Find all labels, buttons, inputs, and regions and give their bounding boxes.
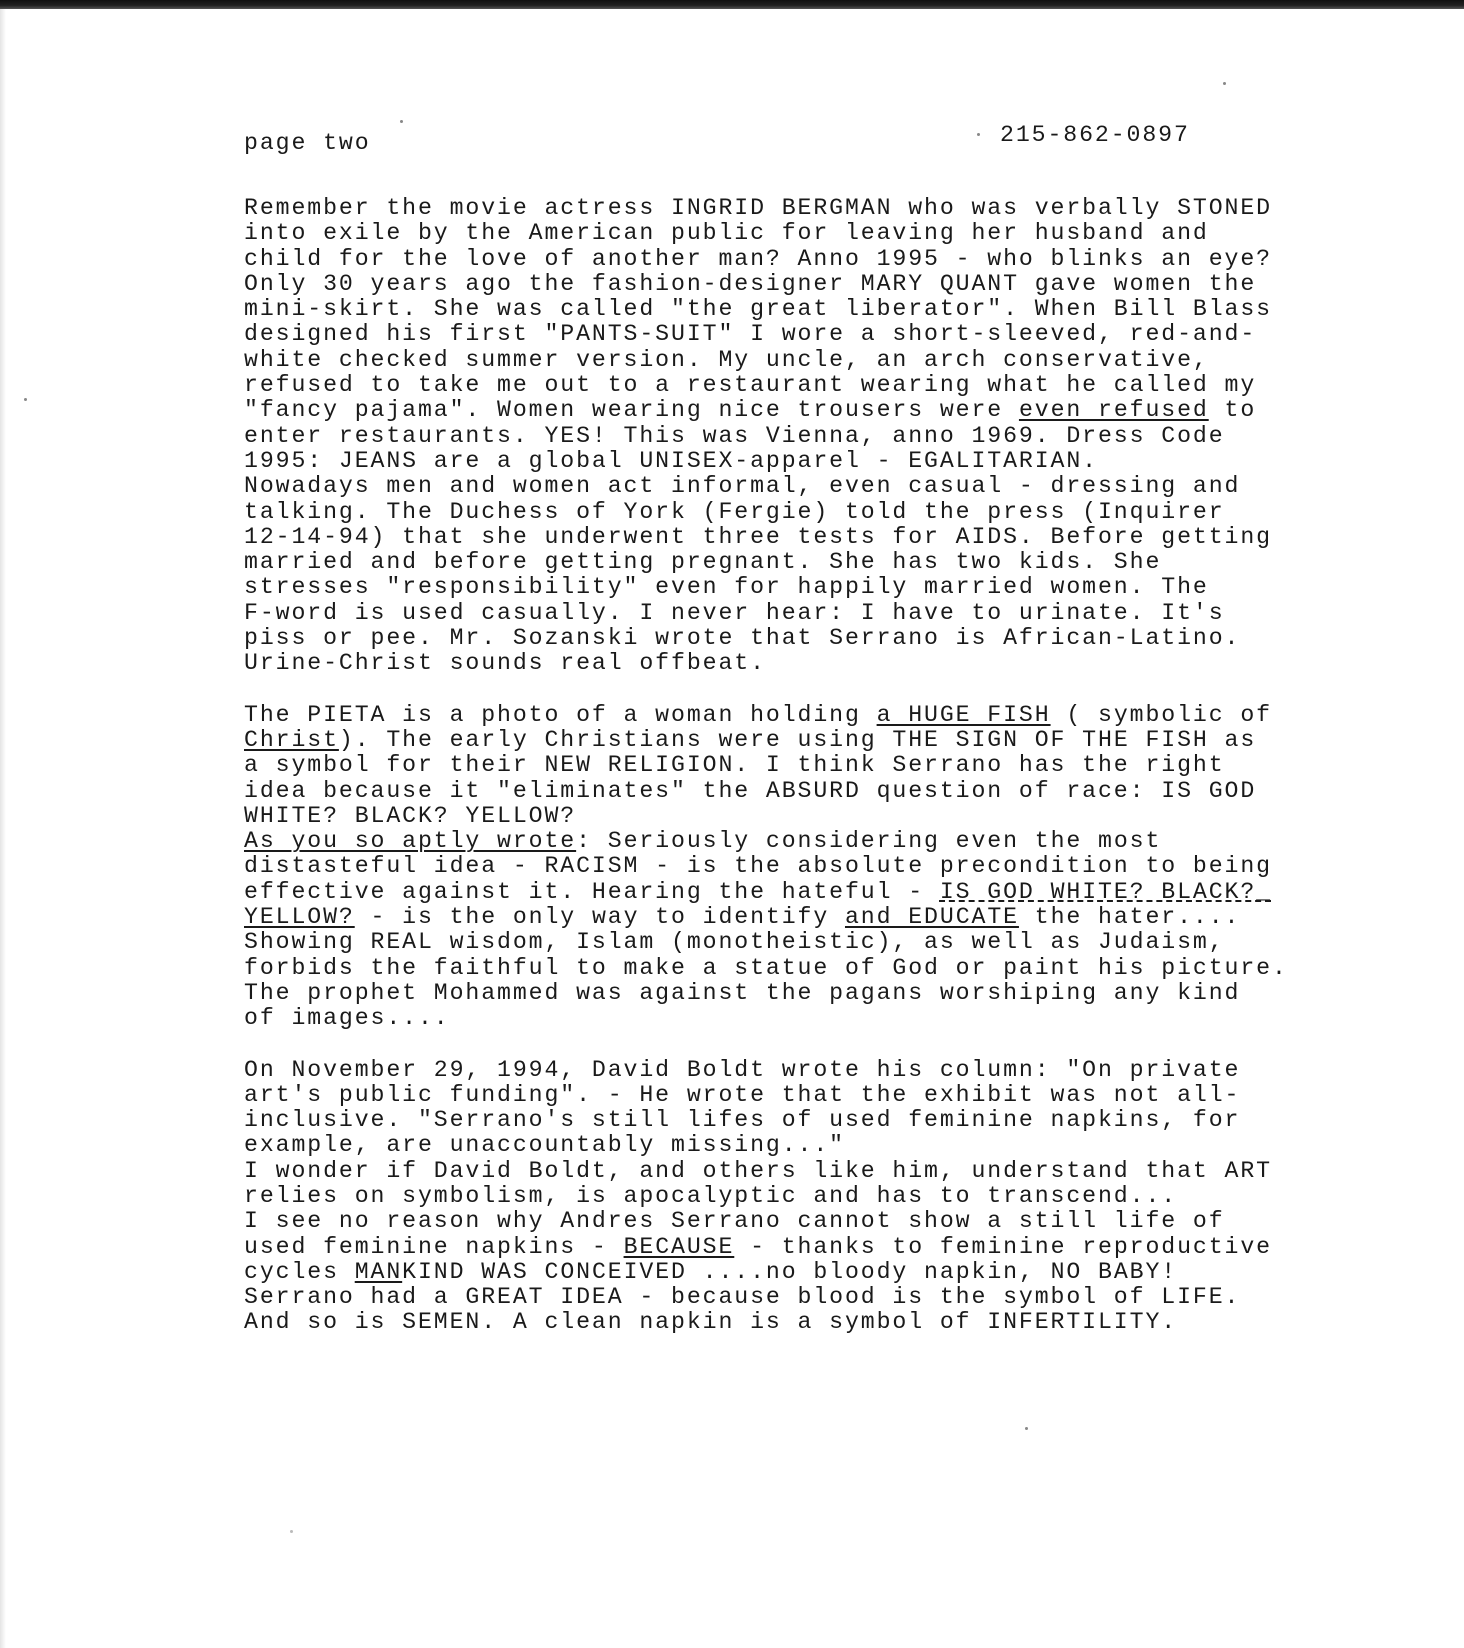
text-segment: 1995: JEANS are a global UNISEX-apparel …: [244, 448, 1098, 474]
text-segment: inclusive. "Serrano's still lifes of use…: [244, 1107, 1240, 1133]
letter-page: page two 215-862-0897 Remember the movie…: [0, 0, 1464, 1648]
scan-speck: [977, 133, 980, 136]
text-line: "fancy pajama". Women wearing nice trous…: [244, 398, 1404, 423]
scan-speck: [1025, 1427, 1028, 1430]
text-line: married and before getting pregnant. She…: [244, 550, 1404, 575]
text-line: F-word is used casually. I never hear: I…: [244, 601, 1404, 626]
text-segment: 12-14-94) that she underwent three tests…: [244, 524, 1272, 550]
page-label: page two: [244, 130, 371, 156]
text-segment: "fancy pajama". Women wearing nice trous…: [244, 397, 1019, 423]
text-line: a symbol for their NEW RELIGION. I think…: [244, 753, 1404, 778]
text-line: relies on symbolism, is apocalyptic and …: [244, 1184, 1404, 1209]
text-segment: white checked summer version. My uncle, …: [244, 347, 1209, 373]
text-segment: effective against it. Hearing the hatefu…: [244, 879, 940, 905]
text-segment: idea because it "eliminates" the ABSURD …: [244, 778, 1256, 804]
text-line: enter restaurants. YES! This was Vienna,…: [244, 424, 1404, 449]
text-segment: forbids the faithful to make a statue of…: [244, 955, 1288, 981]
text-line: 1995: JEANS are a global UNISEX-apparel …: [244, 449, 1404, 474]
text-segment: ( symbolic of: [1051, 702, 1272, 728]
text-line: effective against it. Hearing the hatefu…: [244, 880, 1404, 905]
text-segment: distasteful idea - RACISM - is the absol…: [244, 853, 1272, 879]
text-line: piss or pee. Mr. Sozanski wrote that Ser…: [244, 626, 1404, 651]
text-line: Only 30 years ago the fashion-designer M…: [244, 272, 1404, 297]
text-line: Serrano had a GREAT IDEA - because blood…: [244, 1285, 1404, 1310]
text-segment: a symbol for their NEW RELIGION. I think…: [244, 752, 1225, 778]
text-segment: The prophet Mohammed was against the pag…: [244, 980, 1240, 1006]
text-segment: example, are unaccountably missing...": [244, 1132, 845, 1158]
text-line: As you so aptly wrote: Seriously conside…: [244, 829, 1404, 854]
text-segment: mini-skirt. She was called "the great li…: [244, 296, 1272, 322]
text-segment: On November 29, 1994, David Boldt wrote …: [244, 1057, 1240, 1083]
text-line: 12-14-94) that she underwent three tests…: [244, 525, 1404, 550]
text-line: The PIETA is a photo of a woman holding …: [244, 703, 1404, 728]
text-line: white checked summer version. My uncle, …: [244, 348, 1404, 373]
text-line: cycles MANKIND WAS CONCEIVED ....no bloo…: [244, 1260, 1404, 1285]
text-line: inclusive. "Serrano's still lifes of use…: [244, 1108, 1404, 1133]
scan-speck: [400, 120, 403, 123]
text-segment: of images....: [244, 1005, 450, 1031]
scan-speck: [24, 398, 27, 401]
text-line: talking. The Duchess of York (Fergie) to…: [244, 500, 1404, 525]
text-line: designed his first "PANTS-SUIT" I wore a…: [244, 322, 1404, 347]
text-line: Christ). The early Christians were using…: [244, 728, 1404, 753]
paragraph: Remember the movie actress INGRID BERGMA…: [244, 196, 1404, 677]
text-segment: KIND WAS CONCEIVED ....no bloody napkin,…: [402, 1259, 1177, 1285]
text-segment: into exile by the American public for le…: [244, 220, 1209, 246]
text-line: mini-skirt. She was called "the great li…: [244, 297, 1404, 322]
text-line: child for the love of another man? Anno …: [244, 247, 1404, 272]
text-segment: WHITE? BLACK? YELLOW?: [244, 803, 576, 829]
text-segment: used feminine napkins -: [244, 1234, 624, 1260]
text-line: YELLOW? - is the only way to identify an…: [244, 905, 1404, 930]
text-line: idea because it "eliminates" the ABSURD …: [244, 779, 1404, 804]
text-segment: Only 30 years ago the fashion-designer M…: [244, 271, 1256, 297]
text-segment: ). The early Christians were using THE S…: [339, 727, 1256, 753]
text-line: distasteful idea - RACISM - is the absol…: [244, 854, 1404, 879]
underlined-text: a HUGE FISH: [877, 702, 1051, 728]
text-segment: to: [1209, 397, 1256, 423]
scan-speck: [1223, 82, 1226, 85]
text-line: Showing REAL wisdom, Islam (monotheistic…: [244, 930, 1404, 955]
text-line: used feminine napkins - BECAUSE - thanks…: [244, 1235, 1404, 1260]
text-line: example, are unaccountably missing...": [244, 1133, 1404, 1158]
text-segment: F-word is used casually. I never hear: I…: [244, 600, 1225, 626]
text-segment: the hater....: [1019, 904, 1240, 930]
text-segment: child for the love of another man? Anno …: [244, 246, 1272, 272]
text-segment: Serrano had a GREAT IDEA - because blood…: [244, 1284, 1240, 1310]
paragraph: On November 29, 1994, David Boldt wrote …: [244, 1058, 1404, 1336]
underlined-text: MAN: [355, 1259, 402, 1285]
text-line: WHITE? BLACK? YELLOW?: [244, 804, 1404, 829]
text-segment: I see no reason why Andres Serrano canno…: [244, 1208, 1225, 1234]
phone-number: 215-862-0897: [1000, 122, 1190, 148]
text-segment: art's public funding". - He wrote that t…: [244, 1082, 1240, 1108]
text-line: Urine-Christ sounds real offbeat.: [244, 651, 1404, 676]
text-segment: - thanks to feminine reproductive: [734, 1234, 1272, 1260]
text-segment: Urine-Christ sounds real offbeat.: [244, 650, 766, 676]
text-line: I see no reason why Andres Serrano canno…: [244, 1209, 1404, 1234]
text-line: forbids the faithful to make a statue of…: [244, 956, 1404, 981]
dash-underlined-text: IS GOD WHITE? BLACK?_: [940, 879, 1272, 905]
text-segment: - is the only way to identify: [355, 904, 845, 930]
underlined-text: BECAUSE: [624, 1234, 735, 1260]
text-segment: designed his first "PANTS-SUIT" I wore a…: [244, 321, 1256, 347]
letter-body: Remember the movie actress INGRID BERGMA…: [244, 196, 1404, 1362]
underlined-text: even refused: [1019, 397, 1209, 423]
underlined-text: As you so aptly wrote: [244, 828, 576, 854]
text-line: into exile by the American public for le…: [244, 221, 1404, 246]
text-segment: relies on symbolism, is apocalyptic and …: [244, 1183, 1177, 1209]
text-segment: talking. The Duchess of York (Fergie) to…: [244, 499, 1225, 525]
text-segment: stresses "responsibility" even for happi…: [244, 574, 1209, 600]
text-segment: refused to take me out to a restaurant w…: [244, 372, 1256, 398]
text-line: Nowadays men and women act informal, eve…: [244, 474, 1404, 499]
text-segment: Remember the movie actress INGRID BERGMA…: [244, 195, 1272, 221]
text-segment: And so is SEMEN. A clean napkin is a sym…: [244, 1309, 1177, 1335]
text-segment: : Seriously considering even the most: [576, 828, 1161, 854]
text-segment: Nowadays men and women act informal, eve…: [244, 473, 1240, 499]
paragraph: The PIETA is a photo of a woman holding …: [244, 703, 1404, 1032]
text-segment: The PIETA is a photo of a woman holding: [244, 702, 877, 728]
text-line: And so is SEMEN. A clean napkin is a sym…: [244, 1310, 1404, 1335]
text-segment: married and before getting pregnant. She…: [244, 549, 1161, 575]
text-line: On November 29, 1994, David Boldt wrote …: [244, 1058, 1404, 1083]
scan-speck: [290, 1530, 293, 1533]
text-segment: Showing REAL wisdom, Islam (monotheistic…: [244, 929, 1225, 955]
text-segment: cycles: [244, 1259, 355, 1285]
text-line: refused to take me out to a restaurant w…: [244, 373, 1404, 398]
text-segment: piss or pee. Mr. Sozanski wrote that Ser…: [244, 625, 1240, 651]
text-segment: I wonder if David Boldt, and others like…: [244, 1158, 1272, 1184]
text-line: Remember the movie actress INGRID BERGMA…: [244, 196, 1404, 221]
underlined-text: Christ: [244, 727, 339, 753]
underlined-text: YELLOW?: [244, 904, 355, 930]
text-line: stresses "responsibility" even for happi…: [244, 575, 1404, 600]
text-line: The prophet Mohammed was against the pag…: [244, 981, 1404, 1006]
text-line: I wonder if David Boldt, and others like…: [244, 1159, 1404, 1184]
text-line: art's public funding". - He wrote that t…: [244, 1083, 1404, 1108]
text-segment: enter restaurants. YES! This was Vienna,…: [244, 423, 1225, 449]
text-line: of images....: [244, 1006, 1404, 1031]
underlined-text: and EDUCATE: [845, 904, 1019, 930]
